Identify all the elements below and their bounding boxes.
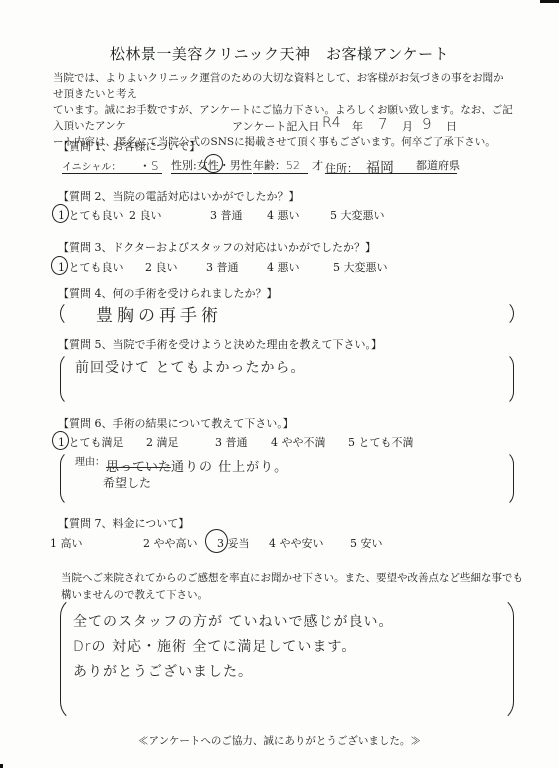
q1-row: イニシャル： ・S 性別:女性・男性 年齢：52 才 住所：福岡 都道府県 bbox=[0, 157, 559, 177]
gender-option-male[interactable]: 男性 bbox=[230, 159, 252, 172]
survey-date-month-unit: 月 bbox=[402, 118, 413, 134]
q6-reason-line: 思っていた通りの 仕上がり。 bbox=[106, 456, 288, 475]
q7-option-4[interactable]: 4 やや安い bbox=[269, 535, 324, 551]
q6-option-2[interactable]: 2 満足 bbox=[146, 434, 179, 450]
q6-heading: 【質問 6、手術の結果について教えて下さい。】 bbox=[58, 415, 294, 431]
address-label: 住所： bbox=[325, 162, 358, 175]
q6-reason-text: 通りの 仕上がり。 bbox=[171, 460, 288, 475]
initial-field[interactable]: イニシャル： ・S bbox=[62, 157, 162, 174]
q5-heading: 【質問 5、当院で手術を受けようと決めた理由を教えて下さい。】 bbox=[58, 336, 382, 352]
q4-answer: 豊胸の再手術 bbox=[96, 301, 222, 326]
q6-reason-struck: 思っていた bbox=[106, 460, 171, 475]
comments-line: 全てのスタッフの方が ていねいで感じが良い。 bbox=[73, 610, 393, 635]
q4-heading: 【質問 4、何の手術を受けられましたか？】 bbox=[58, 285, 278, 301]
q3-heading: 【質問 3、ドクターおよびスタッフの対応はいかがでしたか？】 bbox=[58, 239, 376, 255]
footer-thanks: ≪アンケートへのご協力、誠にありがとうございました。≫ bbox=[0, 733, 559, 748]
q2-options: 1 とても良い 2 良い 3 普通 4 悪い 5 大変悪い bbox=[0, 207, 559, 225]
scan-mark-bottom-left bbox=[0, 764, 3, 768]
q2-option-4[interactable]: 4 悪い bbox=[267, 207, 300, 223]
q7-options: 1 高い 2 やや高い 3 妥当 4 やや安い 5 安い bbox=[0, 535, 559, 553]
age-field[interactable]: 年齢：52 bbox=[253, 157, 308, 174]
q1-heading: 【質問 1、お客様について】 bbox=[58, 138, 200, 154]
q7-option-5[interactable]: 5 安い bbox=[350, 535, 383, 551]
q3-selected-circle bbox=[51, 256, 68, 275]
comments-prompt-line: 当院へご来院されてからのご感想を率直にお聞かせ下さい。また、要望や改善点など些細… bbox=[61, 570, 523, 587]
survey-date-day-unit: 日 bbox=[446, 118, 457, 134]
initial-value: ・S bbox=[139, 159, 159, 173]
gender-selected-circle bbox=[204, 154, 223, 173]
page-title: 松林景一美容クリニック天神 お客様アンケート bbox=[0, 43, 559, 64]
q7-selected-circle bbox=[205, 529, 228, 553]
age-label: 年齢： bbox=[253, 159, 286, 172]
age-value: 52 bbox=[286, 159, 300, 172]
q5-answer: 前回受けて とてもよかったから。 bbox=[75, 357, 305, 377]
q7-option-1[interactable]: 1 高い bbox=[50, 535, 83, 551]
q6-option-3[interactable]: 3 普通 bbox=[215, 434, 248, 450]
comments-line: ありがとうございました。 bbox=[73, 660, 393, 685]
intro-line: 当院では、よりよいクリニック運営のための大切な資料として、お客様がお気づきの事を… bbox=[53, 70, 513, 102]
address-unit: 都道府県 bbox=[416, 157, 460, 173]
q3-option-2[interactable]: 2 良い bbox=[145, 259, 178, 275]
q7-option-2[interactable]: 2 やや高い bbox=[143, 535, 198, 551]
q6-reason-insert: 希望した bbox=[103, 474, 151, 491]
q6-option-5[interactable]: 5 とても不満 bbox=[348, 434, 414, 450]
q6-option-4[interactable]: 4 やや不満 bbox=[271, 434, 326, 450]
comments-line: Drの 対応・施術 全てに満足しています。 bbox=[73, 635, 393, 660]
q2-option-2[interactable]: 2 良い bbox=[129, 207, 162, 223]
scan-mark-top-right bbox=[540, 0, 559, 3]
survey-date-day[interactable]: 9 bbox=[422, 115, 432, 133]
survey-date-label: アンケート記入日 bbox=[232, 118, 319, 134]
q6-selected-circle bbox=[52, 431, 69, 450]
survey-date-era-year[interactable]: R4 bbox=[322, 115, 341, 131]
gender-label: 性別: bbox=[171, 159, 197, 172]
age-unit: 才 bbox=[312, 157, 323, 173]
q6-reason-label: 理由： bbox=[75, 453, 105, 468]
survey-date-year-unit: 年 bbox=[352, 118, 363, 134]
survey-date-month[interactable]: 7 bbox=[378, 115, 388, 133]
q2-heading: 【質問 2、当院の電話対応はいかがでしたか？】 bbox=[58, 188, 300, 204]
q7-heading: 【質問 7、料金について】 bbox=[58, 515, 189, 531]
address-value: 福岡 bbox=[366, 160, 394, 176]
q2-selected-circle bbox=[52, 204, 69, 223]
q3-option-3[interactable]: 3 普通 bbox=[206, 259, 239, 275]
comments-answer: 全てのスタッフの方が ていねいで感じが良い。 Drの 対応・施術 全てに満足して… bbox=[73, 610, 393, 685]
q2-option-3[interactable]: 3 普通 bbox=[210, 207, 243, 223]
q3-option-4[interactable]: 4 悪い bbox=[267, 259, 300, 275]
q3-option-5[interactable]: 5 大変悪い bbox=[333, 259, 388, 275]
q2-option-5[interactable]: 5 大変悪い bbox=[330, 207, 385, 223]
q3-options: 1 とても良い 2 良い 3 普通 4 悪い 5 大変悪い bbox=[0, 259, 559, 277]
initial-label: イニシャル： bbox=[62, 162, 121, 173]
